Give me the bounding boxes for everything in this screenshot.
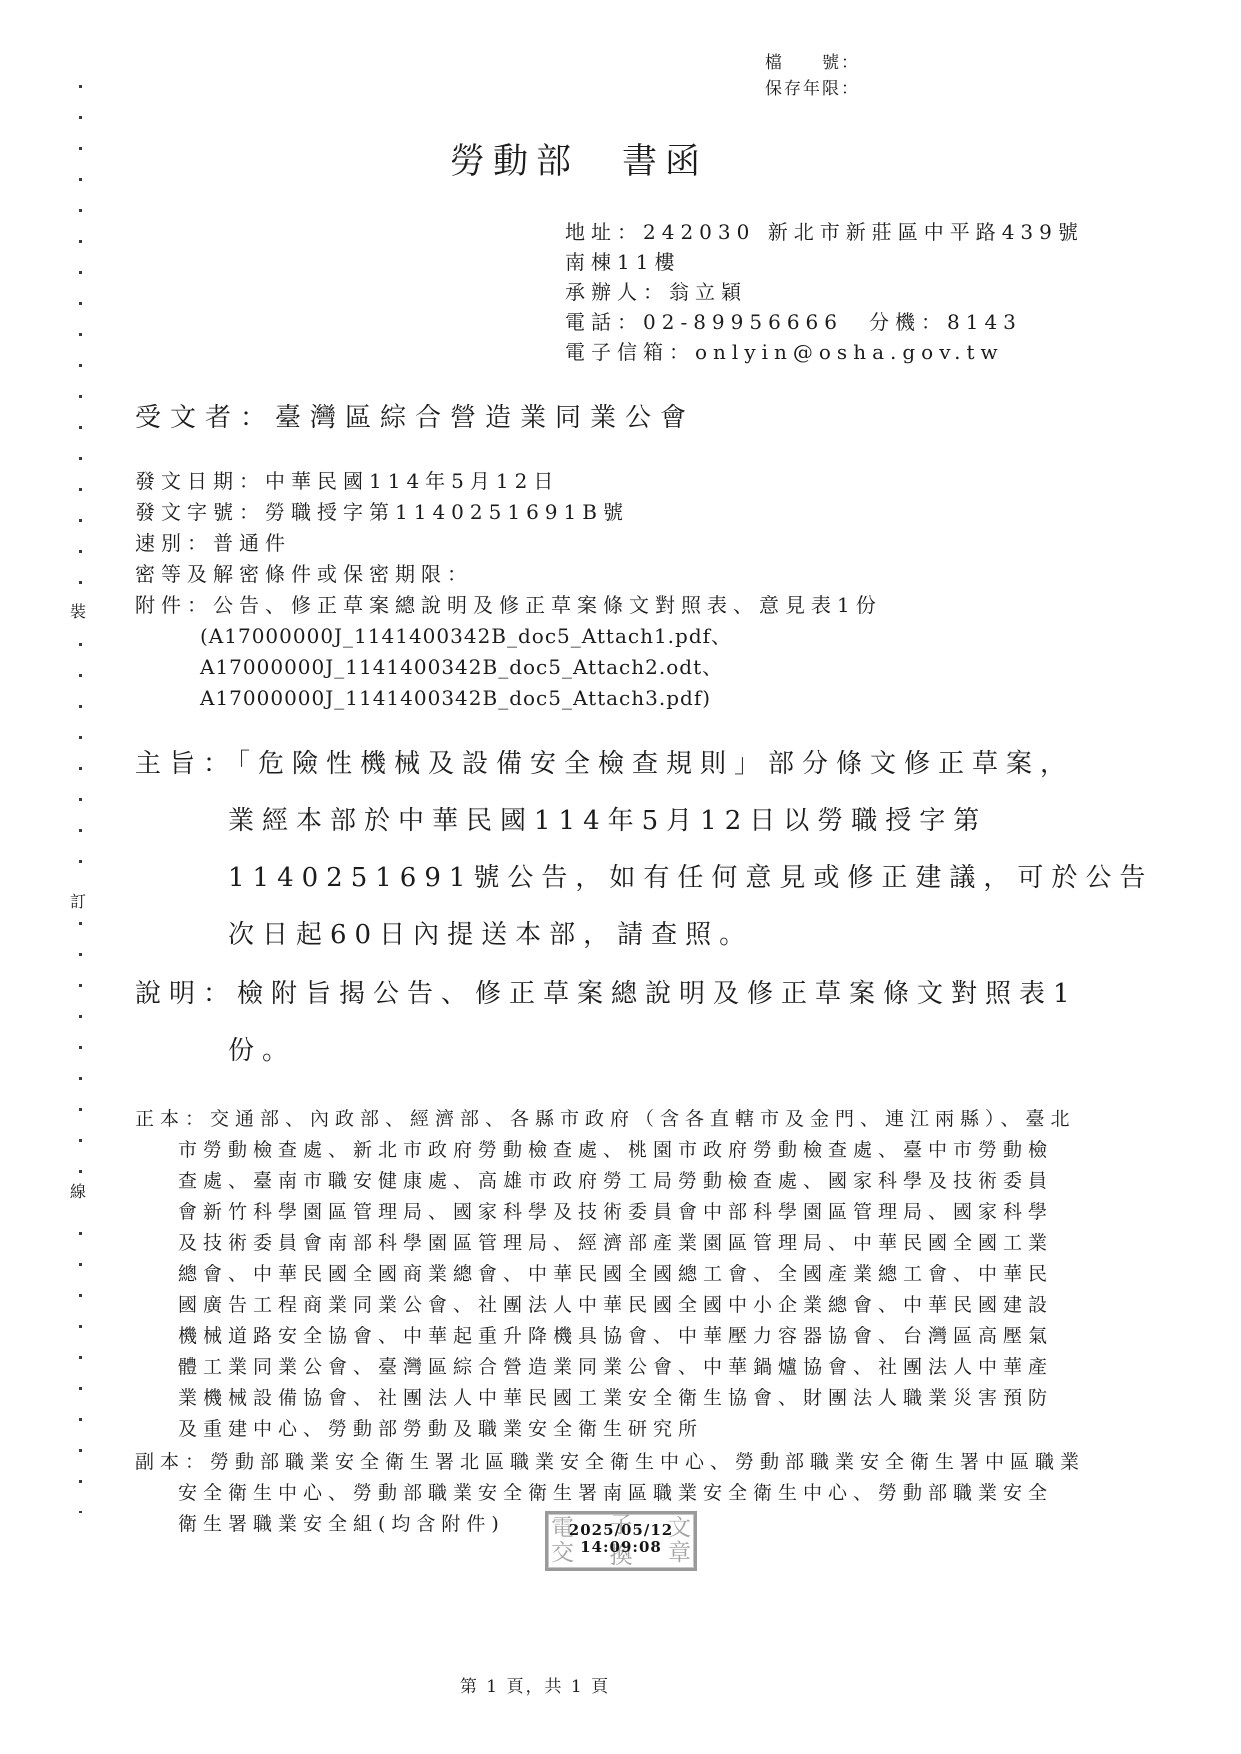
original-copy-line: 及重建中心、勞動部勞動及職業安全衛生研究所	[135, 1414, 1076, 1445]
original-copy-line: 市勞動檢查處、新北市政府勞動檢查處、桃園市政府勞動檢查處、臺中市勞動檢	[135, 1135, 1076, 1166]
sender-address-line1: 地址：242030 新北市新莊區中平路439號	[565, 217, 1084, 247]
file-number-block: 檔 號： 保存年限：	[765, 50, 860, 102]
original-copy-line: 業機械設備協會、社團法人中華民國工業安全衛生協會、財團法人職業災害預防	[135, 1383, 1076, 1414]
security-class-line: 密等及解密條件或保密期限：	[135, 559, 882, 590]
sender-contact-person: 承辦人：翁立穎	[565, 277, 1084, 307]
sender-email: 電子信箱：onlyin@osha.gov.tw	[565, 337, 1084, 367]
sender-phone: 電話：02-89956666 分機：8143	[565, 307, 1084, 337]
binding-mark-ding: 訂	[70, 886, 86, 915]
original-copy-line: 正本：交通部、內政部、經濟部、各縣市政府（含各直轄市及金門、連江兩縣）、臺北	[135, 1104, 1076, 1135]
binding-dotted-line	[79, 85, 82, 1513]
document-title: 勞動部 書函	[450, 134, 708, 184]
subject-line: 次日起60日內提送本部，請查照。	[135, 907, 1153, 964]
original-copy-line: 國廣告工程商業同業公會、社團法人中華民國全國中小企業總會、中華民國建設	[135, 1290, 1076, 1321]
recipient-line: 受文者：臺灣區綜合營造業同業公會	[135, 402, 695, 434]
attachment-file: A17000000J_1141400342B_doc5_Attach2.odt、	[135, 652, 882, 683]
attachment-line: 附件：公告、修正草案總說明及修正草案條文對照表、意見表1份	[135, 590, 882, 621]
original-copy-line: 查處、臺南市職安健康處、高雄市政府勞工局勞動檢查處、國家科學及技術委員	[135, 1166, 1076, 1197]
attachment-file: A17000000J_1141400342B_doc5_Attach3.pdf)	[135, 683, 882, 714]
file-number-label: 檔 號：	[765, 50, 860, 76]
document-meta-block: 發文日期：中華民國114年5月12日 發文字號：勞職授字第1140251691B…	[135, 466, 882, 714]
official-letter-page: 檔 號： 保存年限： 勞動部 書函 地址：242030 新北市新莊區中平路439…	[0, 0, 1241, 1754]
subject-line: 業經本部於中華民國114年5月12日以勞職授字第	[135, 793, 1153, 850]
original-copy-line: 體工業同業公會、臺灣區綜合營造業同業公會、中華鍋爐協會、社團法人中華產	[135, 1352, 1076, 1383]
binding-mark-zhuang: 裝	[70, 596, 86, 625]
carbon-copy-line: 副本：勞動部職業安全衛生署北區職業安全衛生中心、勞動部職業安全衛生署中區職業	[135, 1447, 1085, 1478]
original-copy-line: 總會、中華民國全國商業總會、中華民國全國總工會、全國產業總工會、中華民	[135, 1259, 1076, 1290]
attachment-file-list: (A17000000J_1141400342B_doc5_Attach1.pdf…	[135, 621, 882, 714]
description-line: 說明：檢附旨揭公告、修正草案總說明及修正草案條文對照表1	[135, 966, 1078, 1023]
original-copy-line: 機械道路安全協會、中華起重升降機具協會、中華壓力容器協會、台灣區高壓氣	[135, 1321, 1076, 1352]
page-number: 第 1 頁，共 1 頁	[380, 1672, 690, 1697]
doc-number-line: 發文字號：勞職授字第1140251691B號	[135, 497, 882, 528]
original-copy-line: 會新竹科學園區管理局、國家科學及技術委員會中部科學園區管理局、國家科學	[135, 1197, 1076, 1228]
speed-class-line: 速別：普通件	[135, 528, 882, 559]
subject-paragraph: 主旨：「危險性機械及設備安全檢查規則」部分條文修正草案， 業經本部於中華民國11…	[135, 736, 1153, 964]
issue-date-line: 發文日期：中華民國114年5月12日	[135, 466, 882, 497]
carbon-copy-line: 安全衛生中心、勞動部職業安全衛生署南區職業安全衛生中心、勞動部職業安全	[135, 1478, 1085, 1509]
subject-line: 主旨：「危險性機械及設備安全檢查規則」部分條文修正草案，	[135, 736, 1153, 793]
description-line: 份。	[135, 1023, 1078, 1080]
stamp-time: 14:09:08	[548, 1540, 694, 1555]
sender-info-block: 地址：242030 新北市新莊區中平路439號 南棟11樓 承辦人：翁立穎 電話…	[565, 217, 1084, 367]
original-copy-line: 及技術委員會南部科學園區管理局、經濟部產業園區管理局、中華民國全國工業	[135, 1228, 1076, 1259]
electronic-exchange-stamp: 電 文 子 換 交 章 2025/05/12 14:09:08	[545, 1511, 697, 1571]
attachment-file: (A17000000J_1141400342B_doc5_Attach1.pdf…	[135, 621, 882, 652]
original-copy-paragraph: 正本：交通部、內政部、經濟部、各縣市政府（含各直轄市及金門、連江兩縣）、臺北 市…	[135, 1104, 1076, 1445]
description-paragraph: 說明：檢附旨揭公告、修正草案總說明及修正草案條文對照表1 份。	[135, 966, 1078, 1080]
retention-period-label: 保存年限：	[765, 76, 860, 102]
subject-line: 1140251691號公告，如有任何意見或修正建議，可於公告	[135, 850, 1153, 907]
binding-mark-xian: 線	[70, 1176, 86, 1205]
stamp-date: 2025/05/12	[548, 1523, 694, 1538]
sender-address-line2: 南棟11樓	[565, 247, 1084, 277]
